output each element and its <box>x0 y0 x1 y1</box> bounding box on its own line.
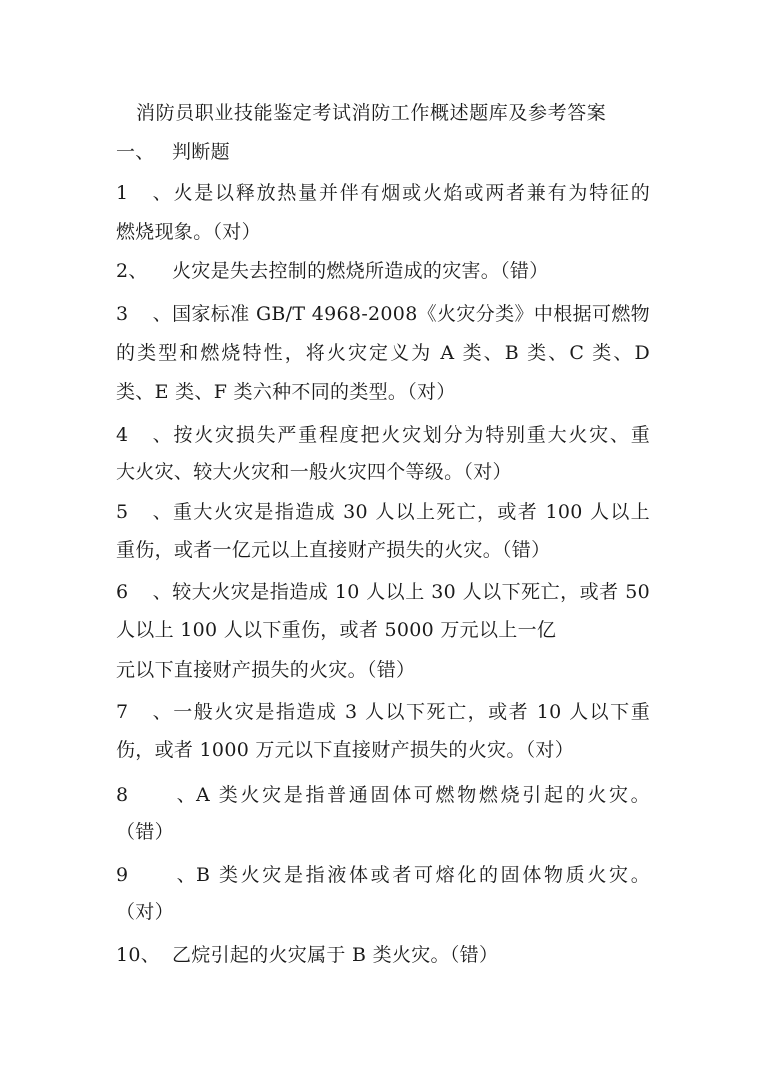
question-7: 7、一般火灾是指造成 3 人以下死亡，或者 10 人以下重 <box>116 697 650 727</box>
question-4: 4、按火灾损失严重程度把火灾划分为特别重大火灾、重 <box>116 420 650 450</box>
question-7-cont: 伤，或者 1000 万元以下直接财产损失的火灾。（对） <box>116 735 650 765</box>
question-6: 6、较大火灾是指造成 10 人以上 30 人以下死亡，或者 50 <box>116 577 650 607</box>
question-number: 3、 <box>116 299 172 329</box>
section-heading: 一、判断题 <box>116 137 650 167</box>
question-text: A 类火灾是指普通固体可燃物燃烧引起的火灾。 <box>196 784 650 806</box>
question-number: 4、 <box>116 420 172 450</box>
question-8-answer: （错） <box>116 817 650 847</box>
question-text: 国家标准 GB/T 4968-2008《火灾分类》中根据可燃物 <box>172 303 650 325</box>
question-text: B 类火灾是指液体或者可熔化的固体物质火灾。 <box>196 864 650 886</box>
question-4-cont: 大火灾、较大火灾和一般火灾四个等级。（对） <box>116 457 650 487</box>
question-number: 7、 <box>116 697 172 727</box>
section-title: 判断题 <box>172 141 230 163</box>
question-text: 一般火灾是指造成 3 人以下死亡，或者 10 人以下重 <box>172 701 650 723</box>
question-8: 8、A 类火灾是指普通固体可燃物燃烧引起的火灾。 <box>116 780 650 810</box>
question-5: 5、重大火灾是指造成 30 人以上死亡，或者 100 人以上 <box>116 497 650 527</box>
question-text: 火灾是失去控制的燃烧所造成的灾害。（错） <box>172 260 549 282</box>
question-text: 乙烷引起的火灾属于 B 类火灾。（错） <box>172 944 498 966</box>
question-number: 2、 <box>116 256 172 286</box>
question-3-cont: 的类型和燃烧特性，将火灾定义为 A 类、B 类、C 类、D <box>116 338 650 368</box>
question-number: 6、 <box>116 577 172 607</box>
document-page: 消防员职业技能鉴定考试消防工作概述题库及参考答案 一、判断题 1、火是以释放热量… <box>0 0 763 1080</box>
question-9: 9、B 类火灾是指液体或者可熔化的固体物质火灾。 <box>116 860 650 890</box>
question-number: 10、 <box>116 940 172 970</box>
question-number: 1、 <box>116 178 172 208</box>
question-number: 5、 <box>116 497 172 527</box>
question-number: 9、 <box>116 860 196 890</box>
document-title: 消防员职业技能鉴定考试消防工作概述题库及参考答案 <box>136 98 656 128</box>
question-10: 10、乙烷引起的火灾属于 B 类火灾。（错） <box>116 940 650 970</box>
question-6-cont: 人以上 100 人以下重伤，或者 5000 万元以上一亿 <box>116 615 650 645</box>
question-3: 3、国家标准 GB/T 4968-2008《火灾分类》中根据可燃物 <box>116 299 650 329</box>
question-9-answer: （对） <box>116 897 650 927</box>
question-1: 1、火是以释放热量并伴有烟或火焰或两者兼有为特征的 <box>116 178 650 208</box>
question-1-cont: 燃烧现象。（对） <box>116 217 650 247</box>
section-number: 一、 <box>116 137 172 167</box>
question-3-cont: 类、E 类、F 类六种不同的类型。（对） <box>116 377 650 407</box>
question-6-cont: 元以下直接财产损失的火灾。（错） <box>116 655 650 685</box>
question-number: 8、 <box>116 780 196 810</box>
question-text: 较大火灾是指造成 10 人以上 30 人以下死亡，或者 50 <box>172 581 650 603</box>
question-text: 火是以释放热量并伴有烟或火焰或两者兼有为特征的 <box>172 182 650 204</box>
question-2: 2、火灾是失去控制的燃烧所造成的灾害。（错） <box>116 256 650 286</box>
question-text: 按火灾损失严重程度把火灾划分为特别重大火灾、重 <box>172 424 650 446</box>
question-text: 重大火灾是指造成 30 人以上死亡，或者 100 人以上 <box>172 501 650 523</box>
question-5-cont: 重伤，或者一亿元以上直接财产损失的火灾。（错） <box>116 535 650 565</box>
